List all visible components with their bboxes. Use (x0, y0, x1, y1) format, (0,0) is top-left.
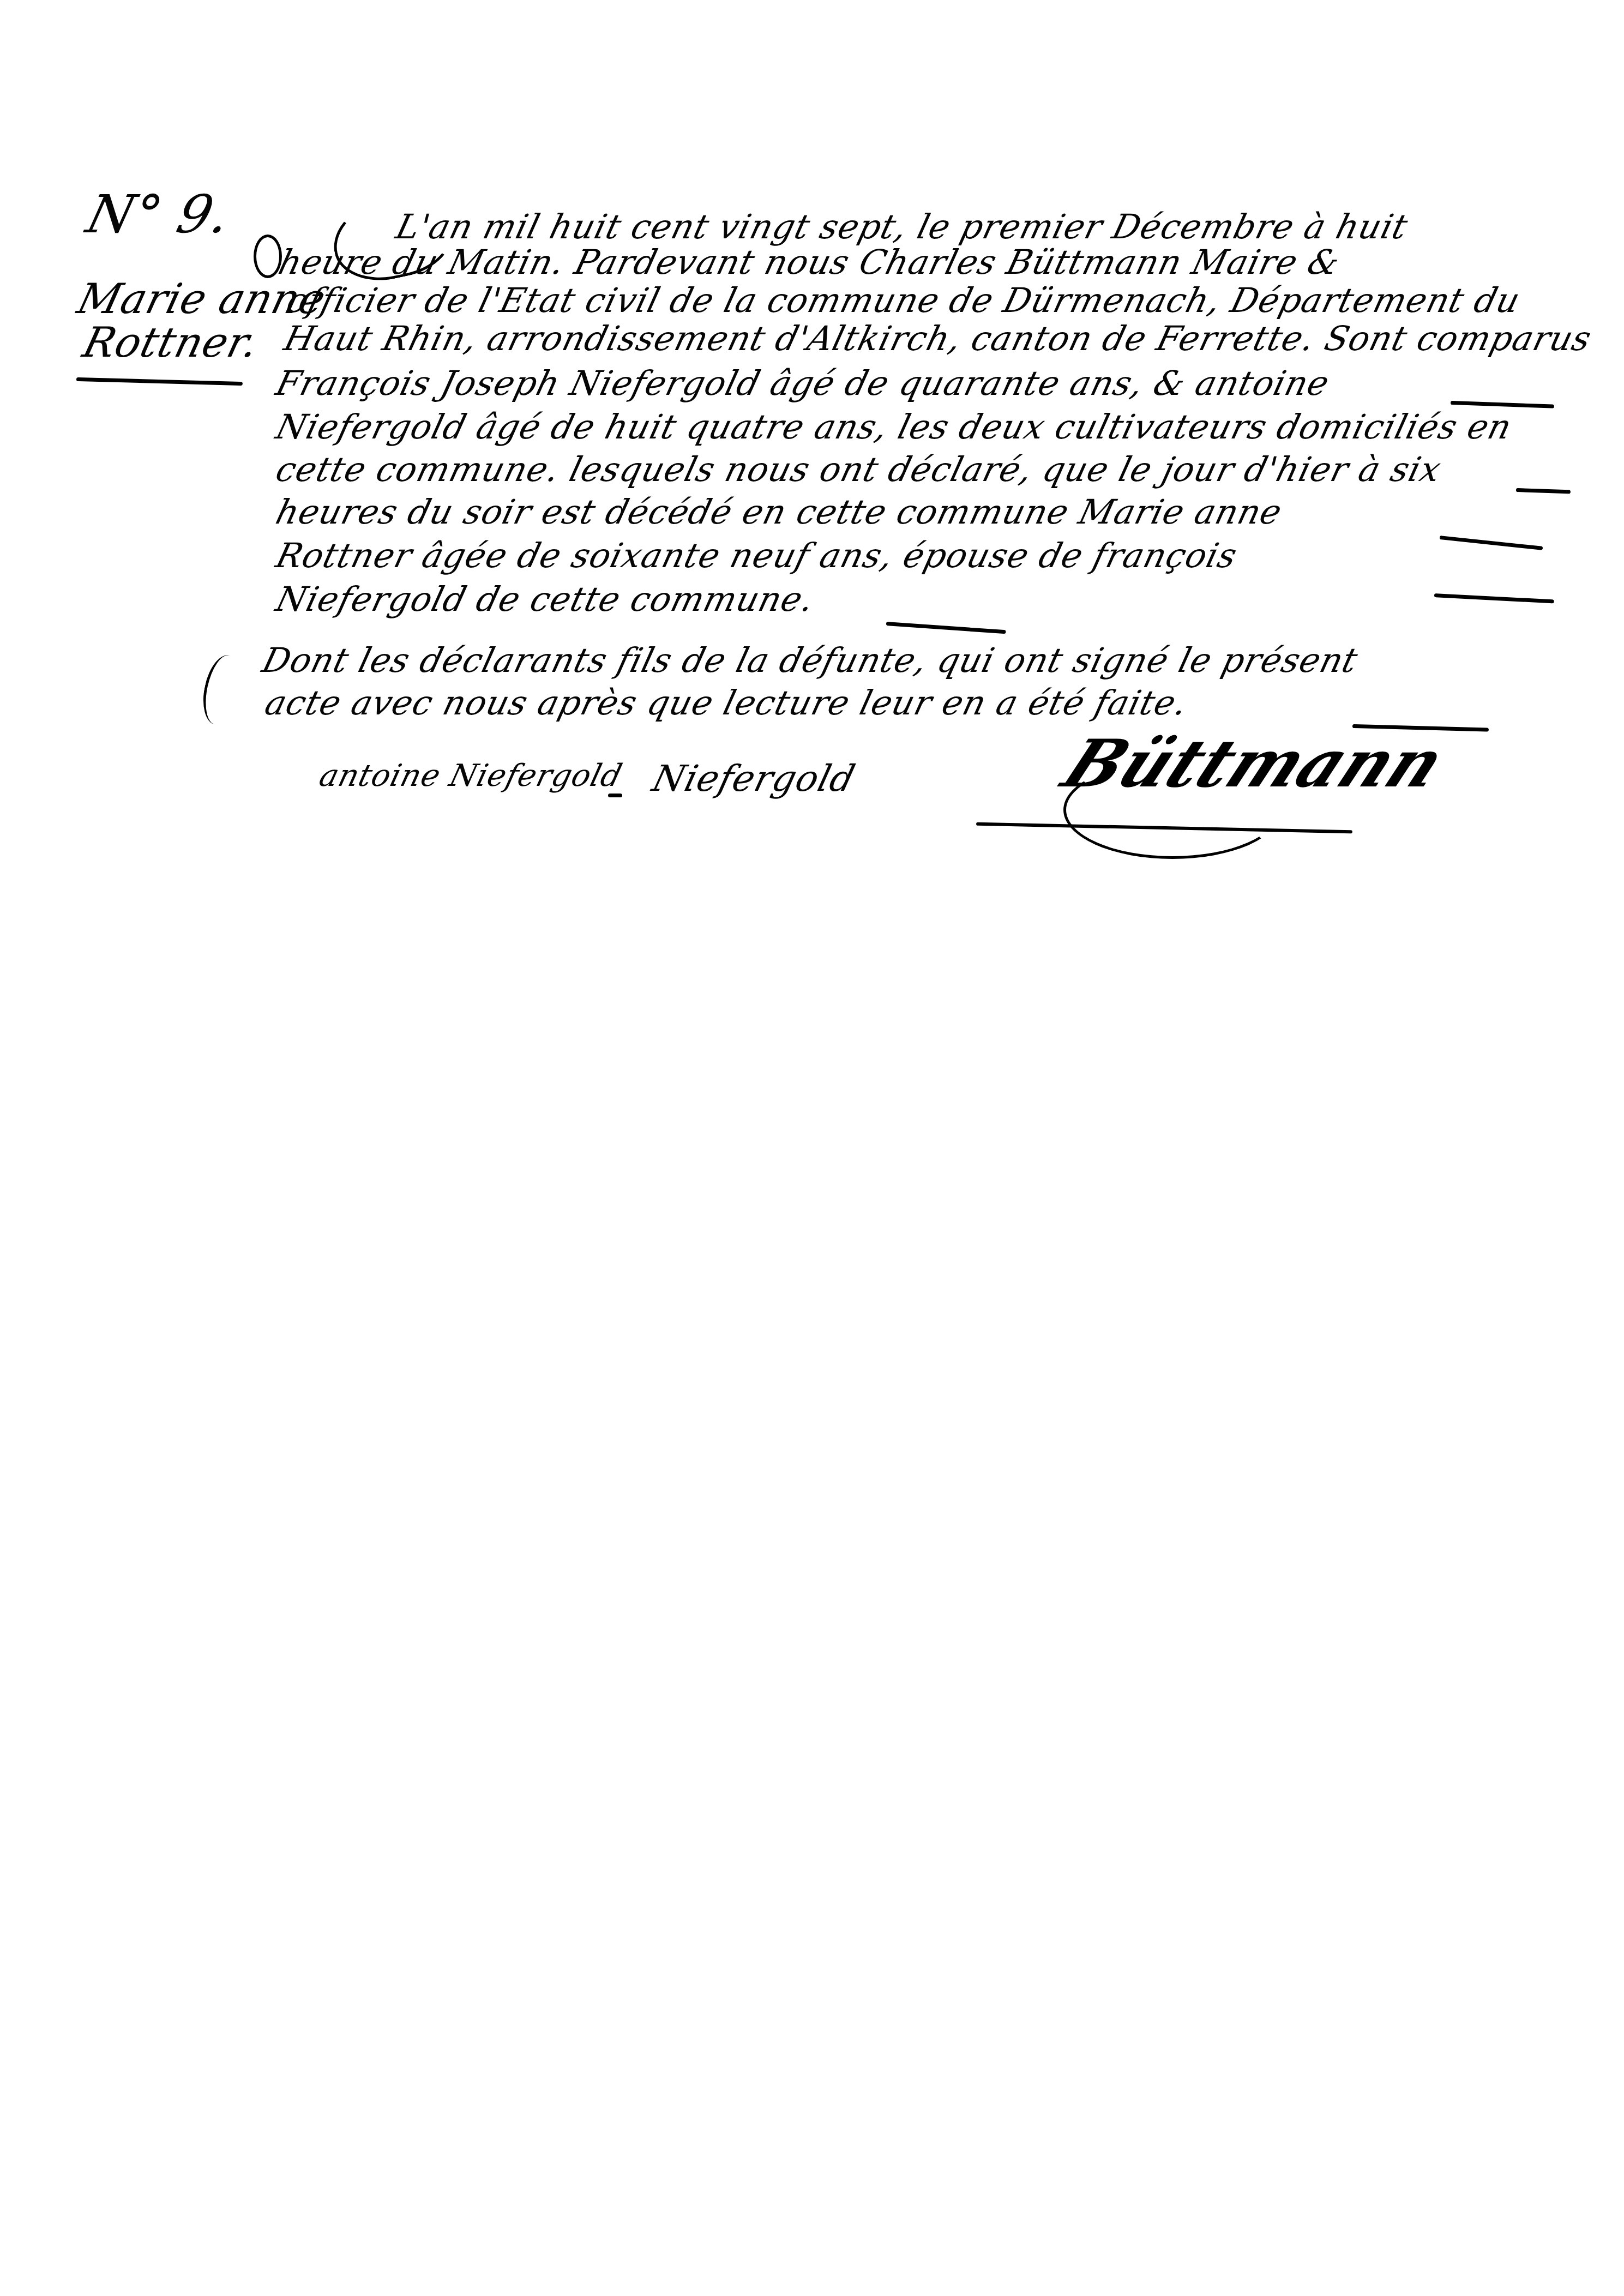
signature-witness-1: antoine Niefergold (316, 761, 625, 791)
body-line-1: L'an mil huit cent vingt sept, le premie… (393, 210, 1411, 244)
line-filler-10 (886, 622, 1006, 634)
body-line-5: François Joseph Niefergold âgé de quaran… (273, 366, 1333, 400)
body-line-3: officier de l'Etat civil de la commune d… (284, 284, 1524, 317)
margin-rule (76, 377, 243, 386)
margin-name-last: Rottner. (79, 322, 263, 363)
body-line-10: Niefergold de cette commune. (273, 582, 817, 616)
body-line-6: Niefergold âgé de huit quatre ans, les d… (273, 410, 1515, 444)
body-line-9: Rottner âgée de soixante neuf ans, épous… (273, 539, 1241, 573)
line-filler-9 (1434, 593, 1554, 604)
body-line-7: cette commune. lesquels nous ont déclaré… (273, 453, 1445, 486)
body-line-4: Haut Rhin, arrondissement d'Altkirch, ca… (281, 322, 1595, 356)
signature-separator (608, 794, 622, 797)
closing-line-1: Dont les déclarants fils de la défunte, … (259, 644, 1361, 677)
line-filler-7 (1516, 488, 1571, 494)
body-line-8: heures du soir est décédé en cette commu… (273, 495, 1285, 529)
body-line-2: heure du Matin. Pardevant nous Charles B… (275, 245, 1343, 279)
entry-number: N° 9. (82, 188, 236, 241)
document-page: N° 9. Marie anne Rottner. L'an mil huit … (0, 0, 1624, 2296)
signature-witness-2: Niefergold (649, 761, 859, 797)
signature-officer: Büttmann (1051, 725, 1457, 802)
line-filler-8 (1440, 536, 1543, 550)
closing-line-2: acte avec nous après que lecture leur en… (262, 686, 1191, 720)
closing-parenthesis (197, 652, 247, 729)
